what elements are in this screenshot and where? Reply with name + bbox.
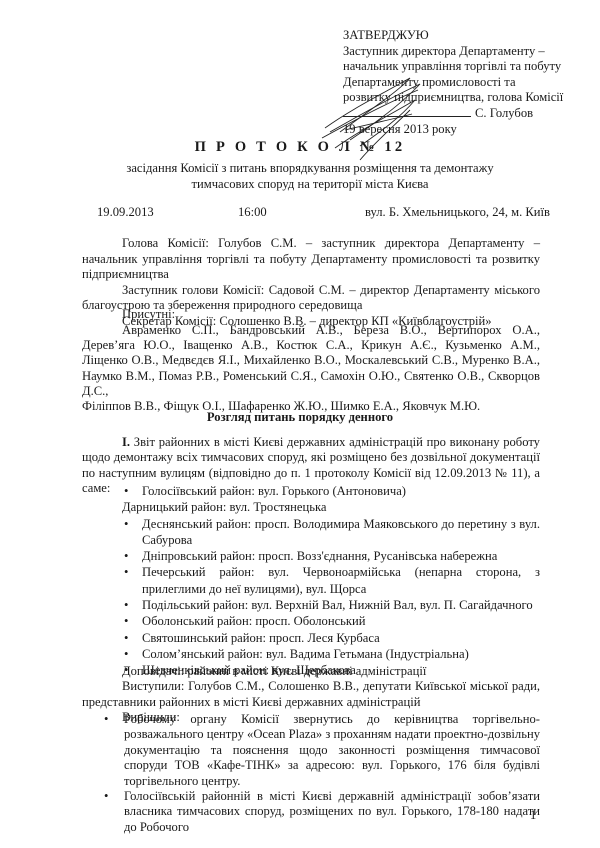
approval-heading: ЗАТВЕРДЖУЮ [343, 28, 593, 44]
agenda-heading: Розгляд питань порядку денного [0, 410, 600, 426]
bullet-icon: • [124, 483, 128, 499]
district-item: •Печерський район: вул. Червоноармійська… [122, 564, 540, 597]
approval-date: 19 вересня 2013 року [343, 122, 593, 138]
meeting-date: 19.09.2013 [97, 205, 154, 221]
speakers: Доповідачі: районні в місті Києві держав… [82, 664, 540, 679]
document-title: П Р О Т О К О Л № 12 [0, 140, 600, 156]
district-list: •Голосіївський район: вул. Горького (Ант… [122, 483, 540, 679]
district-item: •Святошинський район: просп. Леся Курбас… [122, 630, 540, 646]
approval-line: розвитку підприємництва, голова Комісії [343, 90, 593, 106]
signature-line [343, 106, 471, 117]
attendees-line: Ліщенко О.В., Медвєдєв Я.І., Михайленко … [82, 353, 540, 368]
signature-row: С. Голубов [343, 106, 593, 122]
attendees-line: Авраменко С.П., Бандровський А.В., Берез… [82, 323, 540, 338]
spoke: Виступили: Голубов С.М., Солошенко В.В.,… [82, 679, 540, 710]
bullet-icon: • [104, 789, 108, 804]
bullet-icon: • [124, 646, 128, 662]
subtitle-line: тимчасових споруд на території міста Киє… [100, 176, 520, 192]
section-number: I. [122, 435, 130, 449]
district-item: •Дніпровський район: просп. Возз'єднання… [122, 548, 540, 564]
decisions-list: •Робочому органу Комісії звернутись до к… [102, 712, 540, 835]
attendees-line: Наумко В.М., Помаз Р.В., Роменський С.Я.… [82, 369, 540, 399]
approval-block: ЗАТВЕРДЖУЮ Заступник директора Департаме… [343, 28, 593, 137]
bullet-icon: • [124, 597, 128, 613]
district-item: Дарницький район: вул. Тростянецька [122, 499, 540, 515]
commission-chair: Голова Комісії: Голубов С.М. – заступник… [82, 236, 540, 283]
approval-line: Заступник директора Департаменту – [343, 44, 593, 60]
meeting-time: 16:00 [238, 205, 267, 221]
attendees-list: Авраменко С.П., Бандровський А.В., Берез… [82, 323, 540, 414]
approval-line: начальник управління торгівлі та побуту [343, 59, 593, 75]
subtitle-line: засідання Комісії з питань впорядкування… [100, 160, 520, 176]
bullet-icon: • [124, 516, 128, 532]
bullet-icon: • [124, 630, 128, 646]
district-item: •Голосіївський район: вул. Горького (Ант… [122, 483, 540, 499]
approval-line: Департаменту промисловості та [343, 75, 593, 91]
district-item: •Деснянський район: просп. Володимира Ма… [122, 516, 540, 549]
bullet-icon: • [104, 712, 108, 727]
meeting-address: вул. Б. Хмельницького, 24, м. Київ [365, 205, 550, 221]
decision-item: •Робочому органу Комісії звернутись до к… [102, 712, 540, 789]
attendees-line: Дерев’яга Ю.О., Іващенко А.В., Костюк С.… [82, 338, 540, 353]
signer-name: С. Голубов [475, 106, 533, 120]
district-item: •Оболонський район: просп. Оболонський [122, 613, 540, 629]
district-item: •Солом’янський район: вул. Вадима Гетьма… [122, 646, 540, 662]
district-item: •Подільський район: вул. Верхній Вал, Ни… [122, 597, 540, 613]
bullet-icon: • [124, 613, 128, 629]
bullet-icon: • [124, 548, 128, 564]
page-number: 1 [530, 808, 536, 824]
decision-item: •Голосіївській районній в місті Києві де… [102, 789, 540, 835]
bullet-icon: • [124, 564, 128, 580]
attendees-heading: Присутні: [122, 307, 175, 323]
document-subtitle: засідання Комісії з питань впорядкування… [100, 160, 520, 192]
